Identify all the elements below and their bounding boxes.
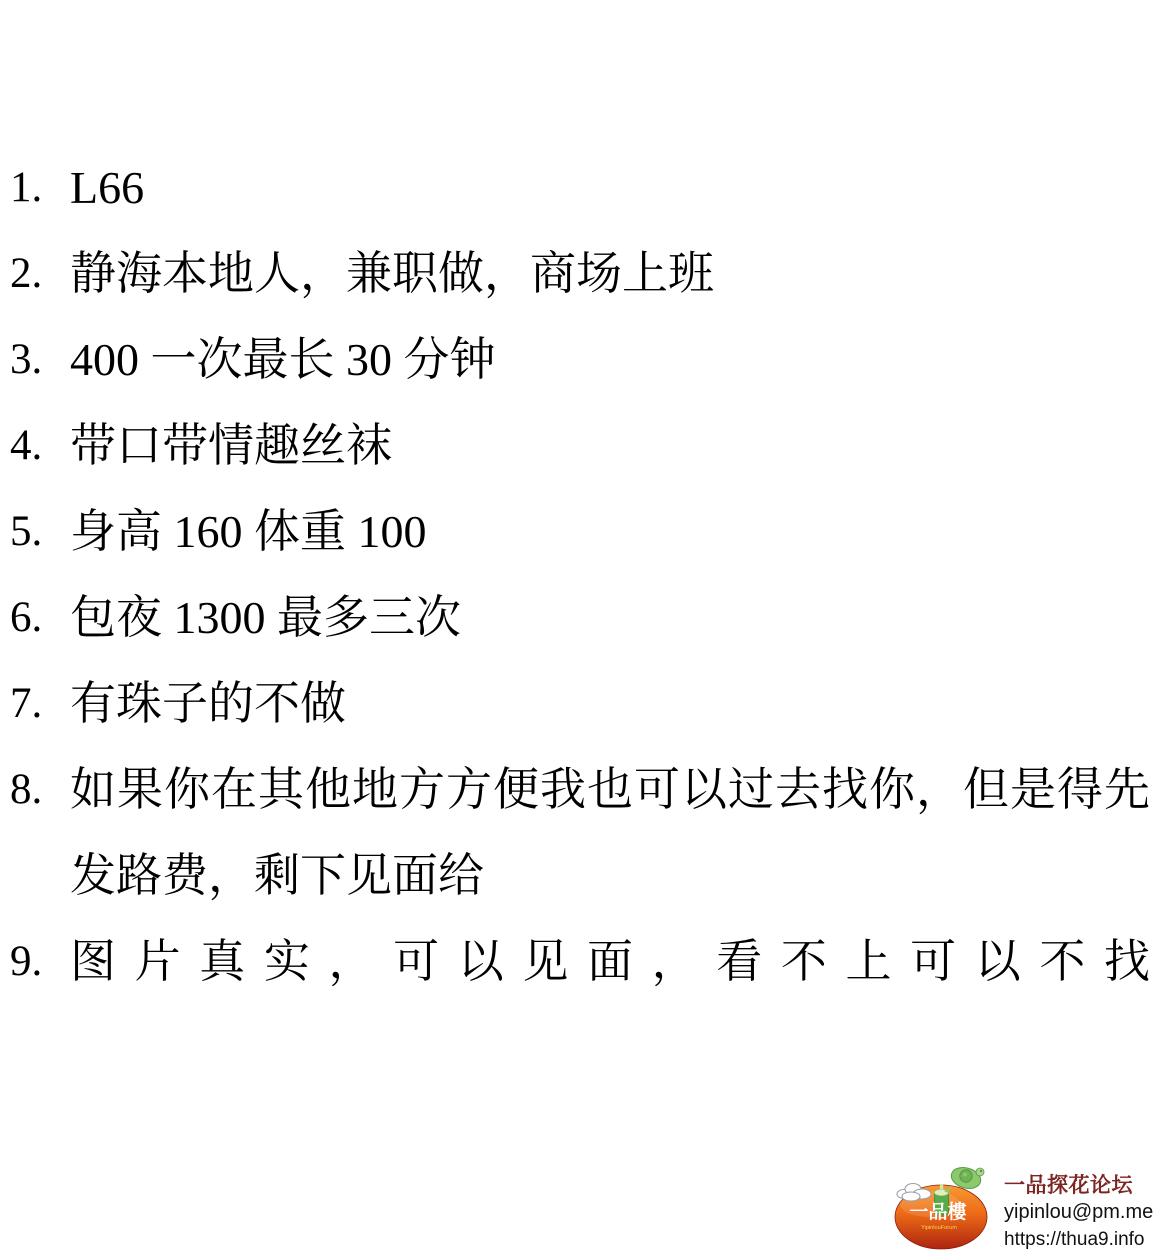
- list-item-number: 5.: [10, 489, 68, 575]
- list-item: 9. 图片真实，可以见面，看不上可以不找: [0, 919, 1170, 1005]
- list-item: 6. 包夜 1300 最多三次: [0, 575, 1170, 661]
- list-item-text: 包夜 1300 最多三次: [70, 575, 1150, 661]
- list-item: 3. 400 一次最长 30 分钟: [0, 317, 1170, 403]
- list-item: 5. 身高 160 体重 100: [0, 489, 1170, 575]
- list-item-number: 3.: [10, 317, 68, 403]
- logo-title: 一品樓: [909, 1200, 967, 1223]
- list-item-number: 2.: [10, 231, 68, 317]
- list-item-text: 如果你在其他地方方便我也可以过去找你，但是得先 发路费，剩下见面给: [70, 747, 1150, 919]
- document-page: 1. L66 2. 静海本地人，兼职做，商场上班 3. 400 一次最长 30 …: [0, 0, 1170, 1260]
- site-url: https://thua9.info: [1004, 1226, 1153, 1253]
- yipinlou-teapot-logo-icon: 一品樓 YipinlouForum: [892, 1162, 992, 1257]
- list-item: 4. 带口带情趣丝袜: [0, 403, 1170, 489]
- list-item-number: 9.: [10, 919, 68, 1005]
- site-name: 一品探花论坛: [1004, 1172, 1153, 1199]
- list-item: 8. 如果你在其他地方方便我也可以过去找你，但是得先 发路费，剩下见面给: [0, 747, 1170, 919]
- list-item-number: 7.: [10, 661, 68, 747]
- list-item-number: 4.: [10, 403, 68, 489]
- list-item: 1. L66: [0, 145, 1170, 231]
- turtle-teapot-icon: [944, 1164, 984, 1193]
- list-item-text: 有珠子的不做: [70, 661, 1150, 747]
- list-item-text-line: 如果你在其他地方方便我也可以过去找你，但是得先: [70, 747, 1150, 833]
- list-item-number: 8.: [10, 747, 68, 833]
- list-item-text-line: 发路费，剩下见面给: [70, 833, 1150, 919]
- list-item-text: L66: [70, 145, 1150, 231]
- list-item-number: 1.: [10, 145, 68, 231]
- numbered-list: 1. L66 2. 静海本地人，兼职做，商场上班 3. 400 一次最长 30 …: [0, 145, 1170, 1005]
- list-item-text: 身高 160 体重 100: [70, 489, 1150, 575]
- watermark-text-block: 一品探花论坛 yipinlou@pm.me https://thua9.info: [1004, 1162, 1153, 1253]
- cloud-icon: [897, 1184, 931, 1202]
- contact-email: yipinlou@pm.me: [1004, 1199, 1153, 1226]
- list-item-number: 6.: [10, 575, 68, 661]
- list-item: 7. 有珠子的不做: [0, 661, 1170, 747]
- logo-subtitle: YipinlouForum: [921, 1225, 957, 1231]
- list-item-text: 带口带情趣丝袜: [70, 403, 1150, 489]
- list-item-text: 图片真实，可以见面，看不上可以不找: [70, 919, 1150, 1005]
- list-item: 2. 静海本地人，兼职做，商场上班: [0, 231, 1170, 317]
- watermark-footer: 一品樓 YipinlouForum 一品探花论坛 yipinlou@pm.me …: [892, 1162, 1153, 1257]
- list-item-text: 400 一次最长 30 分钟: [70, 317, 1150, 403]
- list-item-text: 静海本地人，兼职做，商场上班: [70, 231, 1150, 317]
